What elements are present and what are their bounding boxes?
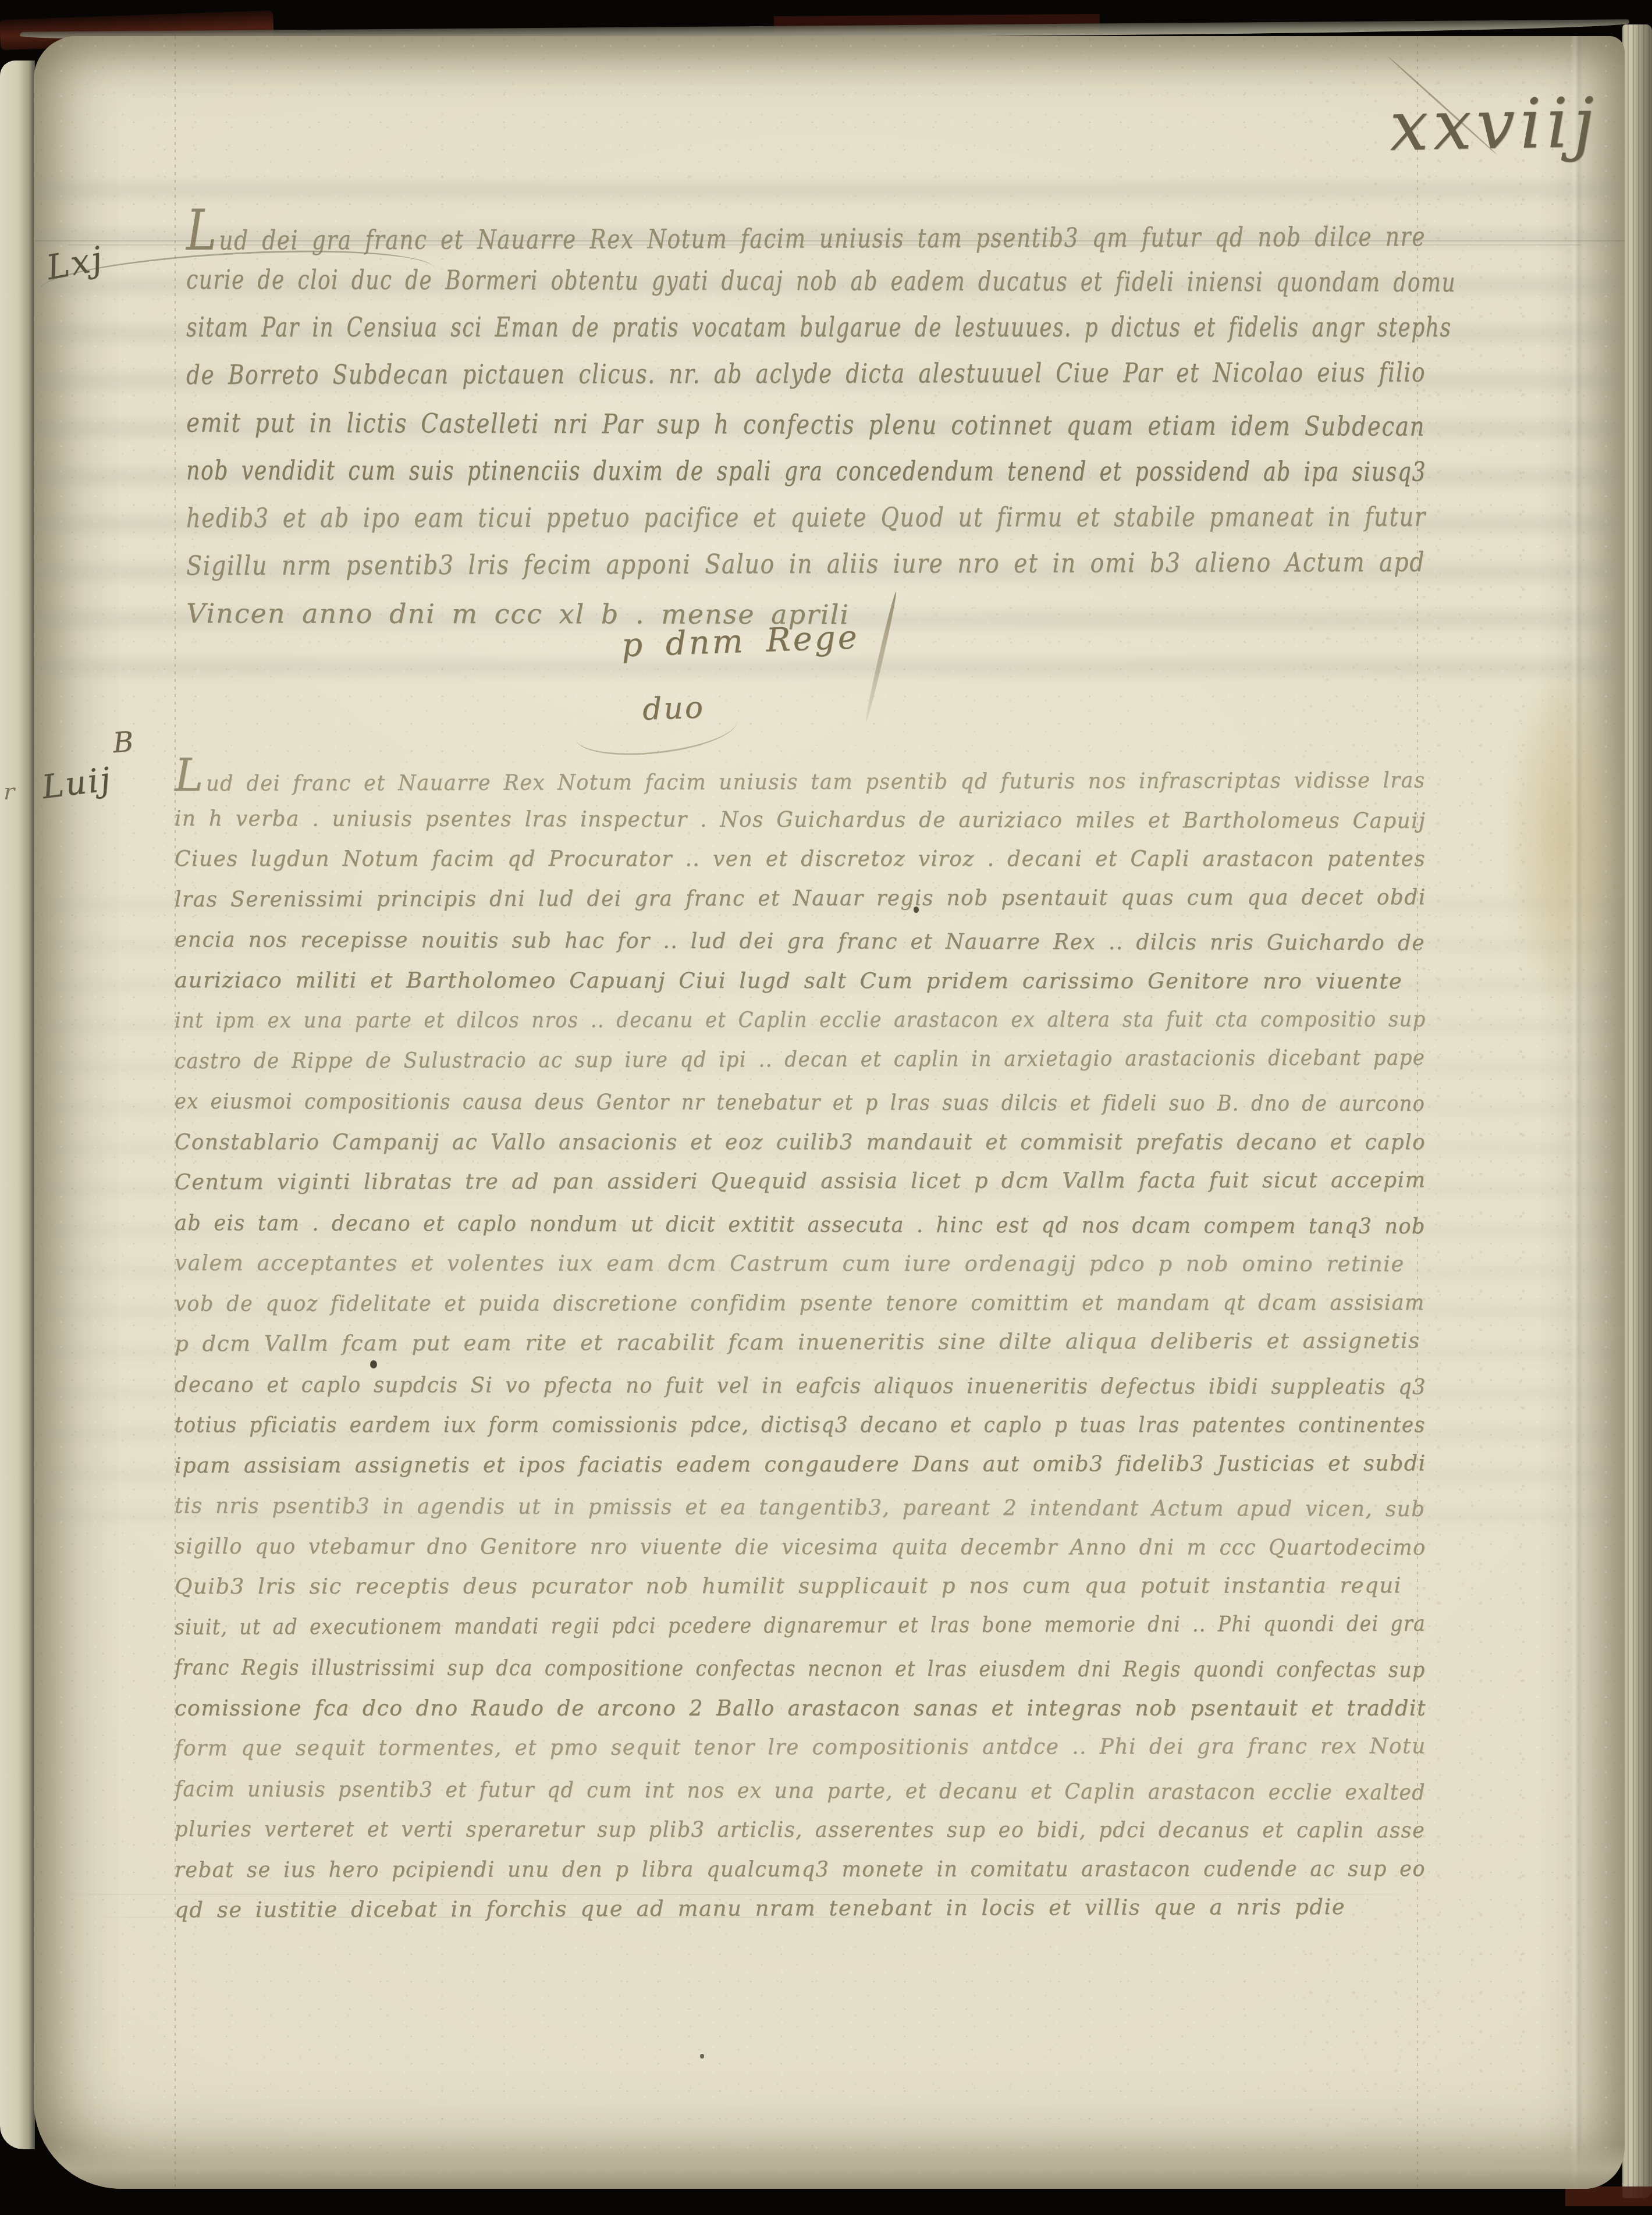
ink-speck — [700, 2054, 704, 2058]
page-stack-fore-edge — [1622, 24, 1652, 2198]
manuscript-line: p dcm Vallm fcam put eam rite et racabil… — [175, 1320, 1426, 1364]
ink-speck — [370, 1360, 377, 1368]
manuscript-line: castro de Rippe de Sulustracio ac sup iu… — [175, 1037, 1324, 1081]
manuscript-line: de Borreto Subdecan pictauen clicus. nr.… — [186, 349, 1195, 399]
manuscript-line: siuit, ut ad executionem mandati regii p… — [175, 1604, 1293, 1647]
manuscript-line: tis nris psentib3 in agendis ut in pmiss… — [175, 1485, 1385, 1529]
manuscript-line: curie de cloi duc de Bormeri obtentu gya… — [186, 255, 1153, 305]
manuscript-line: ipam assisiam assignetis et ipos faciati… — [175, 1443, 1405, 1485]
parchment-stain — [1488, 606, 1625, 1072]
manuscript-line: auriziaco militi et Bartholomeo Capuanj … — [175, 960, 1426, 1001]
manuscript-line: sigillo quo vtebamur dno Genitore nro vi… — [175, 1526, 1365, 1567]
worn-bottom-edge — [34, 2143, 1625, 2189]
manuscript-line: Sigillu nrm psentib3 lris fecim apponi S… — [186, 538, 1249, 589]
margin-note-lower: Luij — [40, 760, 114, 806]
manuscript-line: franc Regis illustrissimi sup dca compos… — [175, 1647, 1296, 1690]
manuscript-line: int ipm ex una parte et dilcos nros .. d… — [175, 999, 1317, 1040]
manuscript-line: Quib3 lris sic receptis deus pcurator no… — [175, 1565, 1426, 1606]
facing-page-edge — [0, 61, 35, 2149]
margin-note-edge-mark: r — [3, 778, 15, 805]
manuscript-line: rebat se ius hero pcipiendi unu den p li… — [175, 1848, 1367, 1890]
manuscript-line: comissione fca dco dno Raudo de arcono 2… — [175, 1688, 1404, 1729]
manuscript-line: decano et caplo supdcis Si vo pfecta no … — [175, 1364, 1369, 1407]
manuscript-line: Ciues lugdun Notum facim qd Procurator .… — [175, 838, 1392, 879]
manuscript-line: pluries verteret et verti speraretur sup… — [175, 1809, 1362, 1850]
manuscript-page: xxviij Lxj B Luij Lud dei gra franc et N… — [34, 36, 1625, 2189]
manuscript-line: vob de quoz fidelitate et puida discreti… — [175, 1282, 1363, 1324]
manuscript-photo: xxviij Lxj B Luij Lud dei gra franc et N… — [0, 0, 1652, 2215]
manuscript-line: ex eiusmoi compositionis causa deus Gent… — [175, 1081, 1307, 1124]
folio-number: xxviij — [1389, 81, 1625, 166]
manuscript-line: form que sequit tormentes, et pmo sequit… — [175, 1726, 1393, 1768]
subscription-swash-stroke — [573, 698, 740, 760]
ink-speck — [914, 906, 919, 913]
manuscript-line: encia nos recepisse nouitis sub hac for … — [175, 919, 1392, 963]
manuscript-line: ab eis tam . decano et caplo nondum ut d… — [175, 1203, 1360, 1246]
manuscript-line: totius pficiatis eardem iux form comissi… — [175, 1405, 1338, 1445]
manuscript-line: in h verba . uniusis psentes lras inspec… — [175, 798, 1383, 841]
vertical-crease — [1570, 36, 1583, 2189]
subscription-per-dominum-rege: p dnm Rege — [621, 618, 860, 664]
manuscript-line: lras Serenissimi principis dni lud dei g… — [175, 877, 1391, 919]
manuscript-line: hedib3 et ab ipo eam ticui ppetuo pacifi… — [186, 493, 1217, 542]
manuscript-line: qd se iustitie dicebat in forchis que ad… — [175, 1886, 1426, 1930]
manuscript-line: Centum viginti libratas tre ad pan assid… — [175, 1160, 1405, 1202]
book-cover-bottom-right — [1565, 2186, 1652, 2206]
margin-note-initial-b: B — [112, 726, 134, 759]
manuscript-line: valem acceptantes et volentes iux eam dc… — [175, 1243, 1426, 1284]
manuscript-line: facim uniusis psentib3 et futur qd cum i… — [175, 1769, 1349, 1812]
manuscript-line: sitam Par in Censiua sci Eman de pratis … — [186, 303, 1153, 351]
charter-text-block-2: Lud dei franc et Nauarre Rex Notum facim… — [175, 758, 1426, 1930]
charter-text-block-1: Lud dei gra franc et Nauarre Rex Notum f… — [186, 208, 1426, 637]
manuscript-line: emit put in lictis Castelleti nri Par su… — [186, 399, 1231, 450]
manuscript-line: Lud dei franc et Nauarre Rex Notum facim… — [175, 754, 1366, 798]
manuscript-line: Constablario Campanij ac Vallo ansacioni… — [175, 1122, 1385, 1162]
manuscript-line: Lud dei gra franc et Nauarre Rex Notum f… — [186, 204, 1195, 255]
manuscript-line: nob vendidit cum suis ptinenciis duxim d… — [186, 446, 1161, 495]
